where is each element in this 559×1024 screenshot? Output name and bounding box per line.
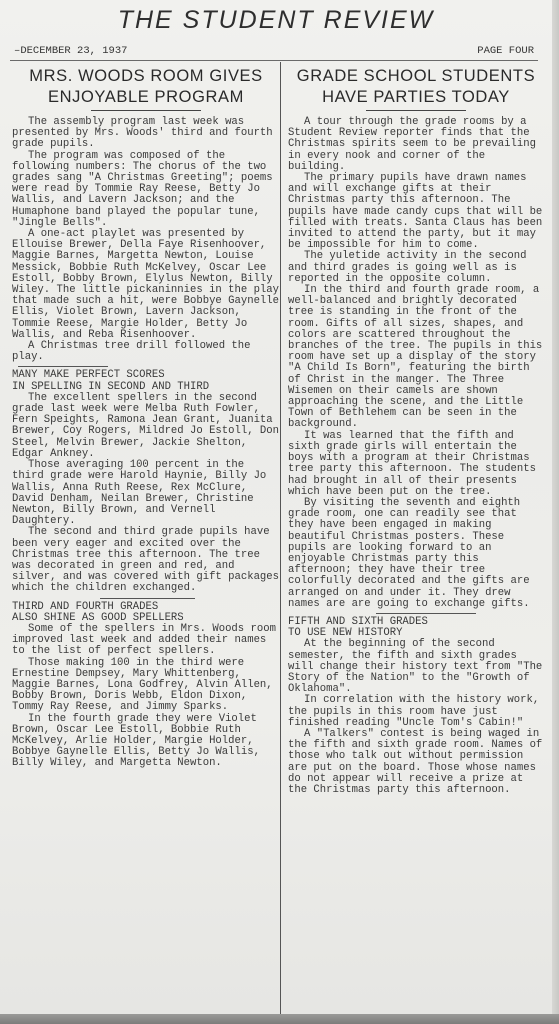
left-headline-line1: MRS. WOODS ROOM GIVES [12,66,280,87]
article-paragraph: The yuletide activity in the second and … [288,251,544,285]
article-paragraph: Those making 100 in the third were Ernes… [12,658,280,714]
dateline: DECEMBER 23, 1937 PAGE FOUR [14,45,534,57]
section-rule [100,598,195,599]
section-rule [376,613,476,614]
masthead-title: THE STUDENT REVIEW [0,6,552,35]
article-paragraph: A one-act playlet was presented by Ellou… [12,229,280,341]
article-paragraph: The second and third grade pupils have b… [12,527,280,594]
subhead-spelling: MANY MAKE PERFECT SCORES IN SPELLING IN … [12,370,280,392]
subhead-history: FIFTH AND SIXTH GRADES TO USE NEW HISTOR… [288,617,544,639]
article-paragraph: Some of the spellers in Mrs. Woods room … [12,624,280,658]
article-paragraph: The program was composed of the followin… [12,151,280,229]
header-rule [10,60,538,61]
article-paragraph: It was learned that the fifth and sixth … [288,431,544,498]
right-column: GRADE SCHOOL STUDENTS HAVE PARTIES TODAY… [288,62,544,796]
right-headline-line1: GRADE SCHOOL STUDENTS [288,66,544,87]
subhead-third-fourth: THIRD AND FOURTH GRADES ALSO SHINE AS GO… [12,602,280,624]
article-paragraph: The primary pupils have drawn names and … [288,173,544,251]
article-paragraph: By visiting the seventh and eighth grade… [288,498,544,610]
left-column: MRS. WOODS ROOM GIVES ENJOYABLE PROGRAM … [12,62,280,770]
right-headline-line2: HAVE PARTIES TODAY [288,87,544,108]
issue-date: DECEMBER 23, 1937 [14,45,127,57]
article-paragraph: A tour through the grade rooms by a Stud… [288,117,544,173]
article-paragraph: The excellent spellers in the second gra… [12,393,280,460]
page-bottom-shadow [0,1014,559,1024]
article-paragraph: A "Talkers" contest is being waged in th… [288,729,544,796]
section-rule [18,366,108,367]
page-number: PAGE FOUR [477,45,534,57]
page-edge-shadow [552,0,559,1024]
headline-rule [91,110,201,111]
column-divider [280,62,281,1014]
headline-rule [366,110,466,111]
right-headline: GRADE SCHOOL STUDENTS HAVE PARTIES TODAY [288,66,544,108]
subhead-line: MANY MAKE PERFECT SCORES [12,370,280,381]
article-paragraph: In correlation with the history work, th… [288,695,544,729]
article-paragraph: The assembly program last week was prese… [12,117,280,151]
left-headline-line2: ENJOYABLE PROGRAM [12,87,280,108]
article-paragraph: In the third and fourth grade room, a we… [288,285,544,431]
left-headline: MRS. WOODS ROOM GIVES ENJOYABLE PROGRAM [12,66,280,108]
article-paragraph: At the beginning of the second semester,… [288,639,544,695]
article-paragraph: In the fourth grade they were Violet Bro… [12,714,280,770]
article-paragraph: A Christmas tree drill followed the play… [12,341,280,363]
article-paragraph: Those averaging 100 percent in the third… [12,460,280,527]
